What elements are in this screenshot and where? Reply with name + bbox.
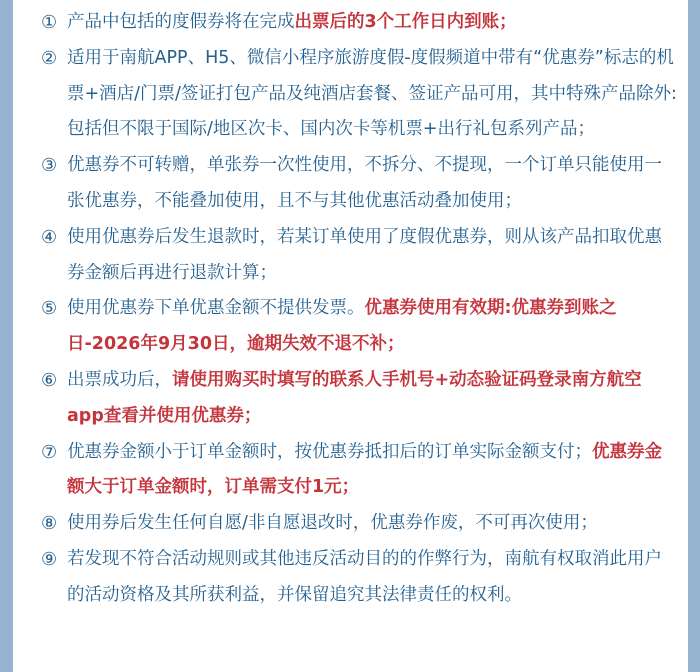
rule-number: ⑦ bbox=[41, 435, 65, 471]
rule-text: 使用优惠券后发生退款时，若某订单使用了度假优惠券，则从该产品扣取优惠券金额后再进… bbox=[67, 227, 662, 283]
rule-text: 适用于南航APP、H5、微信小程序旅游度假-度假频道中带有“优惠券”标志的机票+… bbox=[67, 48, 677, 140]
rules-list: ①产品中包括的度假券将在完成出票后的3个工作日内到账； ②适用于南航APP、H5… bbox=[41, 5, 677, 614]
rule-number: ① bbox=[41, 5, 65, 41]
rule-item-1: ①产品中包括的度假券将在完成出票后的3个工作日内到账； bbox=[41, 5, 677, 41]
rule-number: ③ bbox=[41, 148, 65, 184]
rule-item-7: ⑦优惠券金额小于订单金额时，按优惠券抵扣后的订单实际金额支付；优惠券金额大于订单… bbox=[41, 435, 677, 507]
rule-number: ⑧ bbox=[41, 506, 65, 542]
rule-number: ⑥ bbox=[41, 363, 65, 399]
rule-number: ⑤ bbox=[41, 291, 65, 327]
rule-item-9: ⑨若发现不符合活动规则或其他违反活动目的的作弊行为，南航有权取消此用户的活动资格… bbox=[41, 542, 677, 614]
rule-item-2: ②适用于南航APP、H5、微信小程序旅游度假-度假频道中带有“优惠券”标志的机票… bbox=[41, 41, 677, 148]
rule-number: ⑨ bbox=[41, 542, 65, 578]
rule-text: 若发现不符合活动规则或其他违反活动目的的作弊行为，南航有权取消此用户的活动资格及… bbox=[67, 549, 662, 605]
rule-text: 出票成功后， bbox=[67, 370, 172, 390]
rule-text: 使用优惠券下单优惠金额不提供发票。 bbox=[67, 298, 365, 318]
rule-item-8: ⑧使用券后发生任何自愿/非自愿退改时，优惠券作废，不可再次使用； bbox=[41, 506, 677, 542]
rule-item-5: ⑤使用优惠券下单优惠金额不提供发票。优惠券使用有效期:优惠券到账之日-2026年… bbox=[41, 291, 677, 363]
rule-number: ④ bbox=[41, 220, 65, 256]
rule-item-3: ③优惠券不可转赠，单张券一次性使用，不拆分、不提现，一个订单只能使用一张优惠券，… bbox=[41, 148, 677, 220]
rules-panel: ①产品中包括的度假券将在完成出票后的3个工作日内到账； ②适用于南航APP、H5… bbox=[13, 0, 688, 672]
rule-number: ② bbox=[41, 41, 65, 77]
rule-text: 使用券后发生任何自愿/非自愿退改时，优惠券作废，不可再次使用； bbox=[67, 513, 598, 533]
rule-text: 优惠券不可转赠，单张券一次性使用，不拆分、不提现，一个订单只能使用一张优惠券，不… bbox=[67, 155, 662, 211]
rule-text: 优惠券金额小于订单金额时，按优惠券抵扣后的订单实际金额支付； bbox=[67, 442, 592, 462]
rule-text: 产品中包括的度假券将在完成 bbox=[67, 12, 295, 32]
rule-item-4: ④使用优惠券后发生退款时，若某订单使用了度假优惠券，则从该产品扣取优惠券金额后再… bbox=[41, 220, 677, 292]
rule-highlight: 出票后的3个工作日内到账； bbox=[295, 12, 517, 32]
rule-item-6: ⑥出票成功后，请使用购买时填写的联系人手机号+动态验证码登录南方航空app查看并… bbox=[41, 363, 677, 435]
